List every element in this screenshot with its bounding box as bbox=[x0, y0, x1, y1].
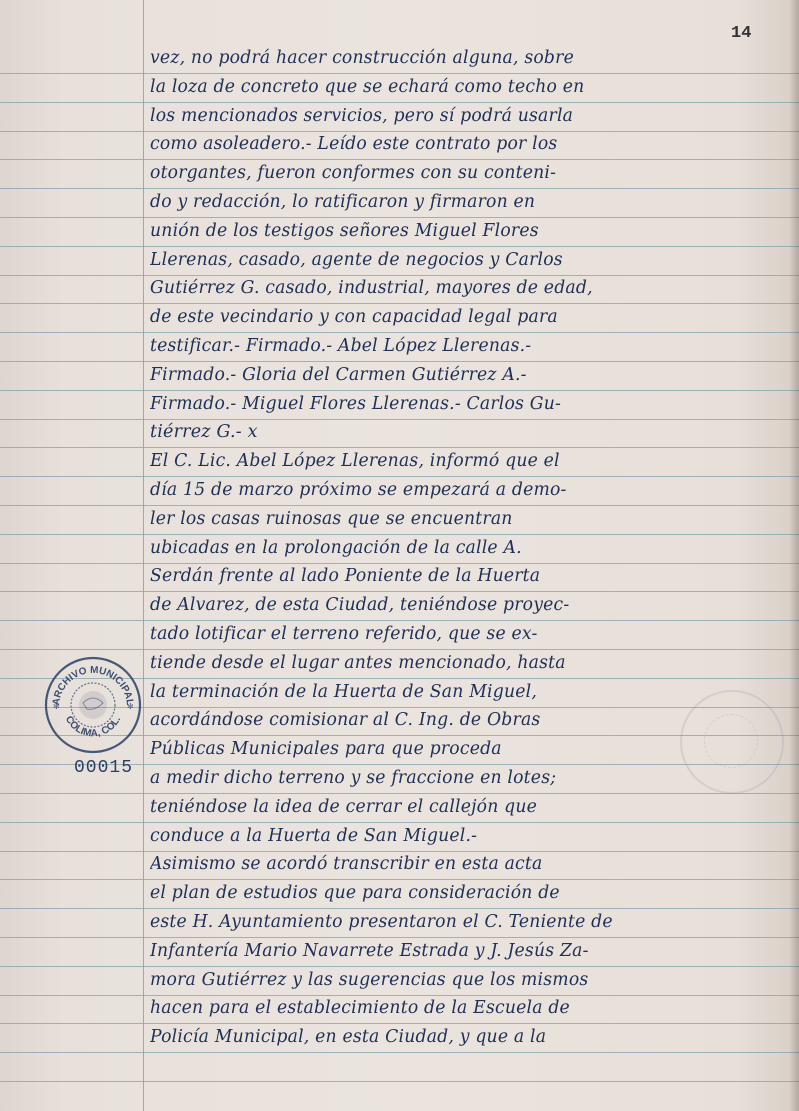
stamp-number: 00015 bbox=[74, 758, 133, 778]
handwritten-line: Serdán frente al lado Poniente de la Hue… bbox=[150, 566, 780, 586]
handwritten-line: teniéndose la idea de cerrar el callejón… bbox=[150, 797, 780, 817]
handwritten-line: Llerenas, casado, agente de negocios y C… bbox=[150, 250, 780, 270]
handwritten-line: Gutiérrez G. casado, industrial, mayores… bbox=[150, 278, 780, 298]
handwritten-line: Asimismo se acordó transcribir en esta a… bbox=[150, 854, 780, 874]
handwritten-line: otorgantes, fueron conformes con su cont… bbox=[150, 163, 780, 183]
handwritten-text: vez, no podrá hacer construcción alguna,… bbox=[0, 0, 799, 1111]
svg-text:✻: ✻ bbox=[53, 702, 60, 711]
handwritten-line: Policía Municipal, en esta Ciudad, y que… bbox=[150, 1027, 780, 1047]
handwritten-line: Públicas Municipales para que proceda bbox=[150, 739, 780, 759]
handwritten-line: la terminación de la Huerta de San Migue… bbox=[150, 682, 780, 702]
ledger-page: 14 vez, no podrá hacer construcción algu… bbox=[0, 0, 799, 1111]
handwritten-line: este H. Ayuntamiento presentaron el C. T… bbox=[150, 912, 780, 932]
handwritten-line: ler los casas ruinosas que se encuentran bbox=[150, 509, 780, 529]
handwritten-line: los mencionados servicios, pero sí podrá… bbox=[150, 106, 780, 126]
handwritten-line: Firmado.- Gloria del Carmen Gutiérrez A.… bbox=[150, 365, 780, 385]
handwritten-line: a medir dicho terreno y se fraccione en … bbox=[150, 768, 780, 788]
handwritten-line: como asoleadero.- Leído este contrato po… bbox=[150, 134, 780, 154]
handwritten-line: día 15 de marzo próximo se empezará a de… bbox=[150, 480, 780, 500]
handwritten-line: de este vecindario y con capacidad legal… bbox=[150, 307, 780, 327]
handwritten-line: tiérrez G.- x bbox=[150, 422, 790, 442]
handwritten-line: testificar.- Firmado.- Abel López Lleren… bbox=[150, 336, 780, 356]
handwritten-line: de Alvarez, de esta Ciudad, teniéndose p… bbox=[150, 595, 780, 615]
svg-text:✻: ✻ bbox=[127, 702, 134, 711]
handwritten-line: ubicadas en la prolongación de la calle … bbox=[150, 538, 780, 558]
handwritten-line: hacen para el establecimiento de la Escu… bbox=[150, 998, 780, 1018]
handwritten-line: tiende desde el lugar antes mencionado, … bbox=[150, 653, 780, 673]
handwritten-line: El C. Lic. Abel López Llerenas, informó … bbox=[150, 451, 780, 471]
handwritten-line: mora Gutiérrez y las sugerencias que los… bbox=[150, 970, 780, 990]
handwritten-line: vez, no podrá hacer construcción alguna,… bbox=[150, 48, 780, 68]
handwritten-line: conduce a la Huerta de San Miguel.- bbox=[150, 826, 780, 846]
archive-stamp-icon: ARCHIVO MUNICIPAL COLIMA, COL. ✻ ✻ bbox=[43, 655, 143, 755]
handwritten-line: unión de los testigos señores Miguel Flo… bbox=[150, 221, 780, 241]
handwritten-line: tado lotificar el terreno referido, que … bbox=[150, 624, 780, 644]
handwritten-line: Infantería Mario Navarrete Estrada y J. … bbox=[150, 941, 780, 961]
handwritten-line: Firmado.- Miguel Flores Llerenas.- Carlo… bbox=[150, 394, 780, 414]
handwritten-line: la loza de concreto que se echará como t… bbox=[150, 77, 780, 97]
handwritten-line: do y redacción, lo ratificaron y firmaro… bbox=[150, 192, 780, 212]
handwritten-line: el plan de estudios que para consideraci… bbox=[150, 883, 780, 903]
handwritten-line: acordándose comisionar al C. Ing. de Obr… bbox=[150, 710, 780, 730]
